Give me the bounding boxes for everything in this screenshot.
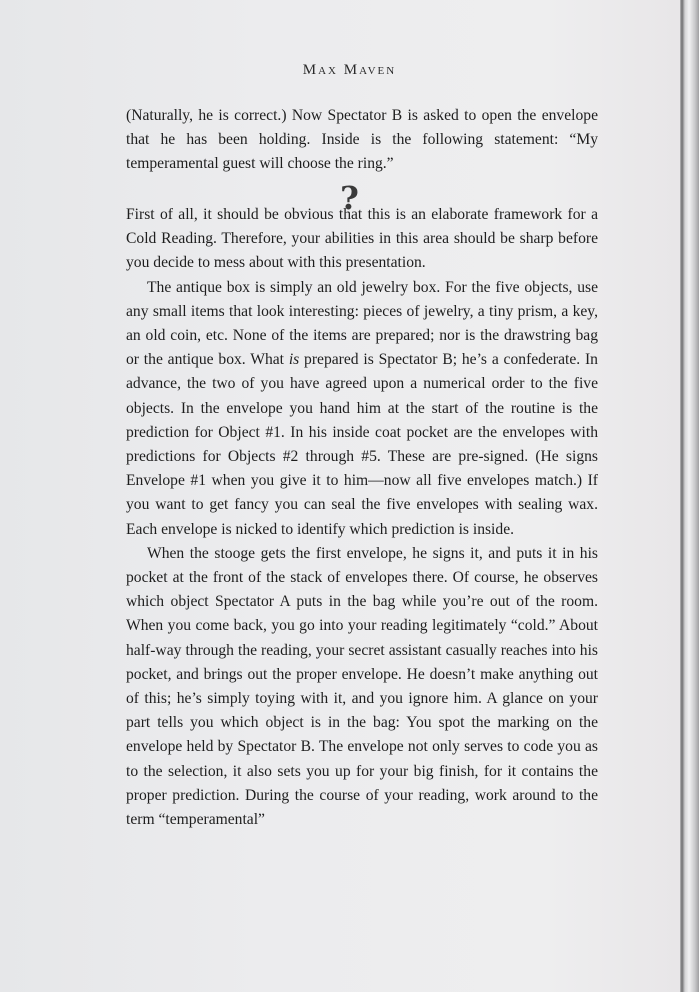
paragraph: (Naturally, he is correct.) Now Spectato… <box>126 104 598 177</box>
text-block-continuation: (Naturally, he is correct.) Now Spectato… <box>126 104 598 177</box>
running-head: Max Maven <box>0 62 699 79</box>
text-run: prepared is Spectator B; he’s a confeder… <box>126 351 598 537</box>
paragraph: The antique box is simply an old jewelry… <box>126 276 598 542</box>
book-spine-edge <box>680 0 699 992</box>
text-block-explanation: First of all, it should be obvious that … <box>126 203 598 832</box>
paragraph: When the stooge gets the first envelope,… <box>126 542 598 832</box>
paragraph: First of all, it should be obvious that … <box>126 203 598 276</box>
emphasis: is <box>289 351 299 368</box>
